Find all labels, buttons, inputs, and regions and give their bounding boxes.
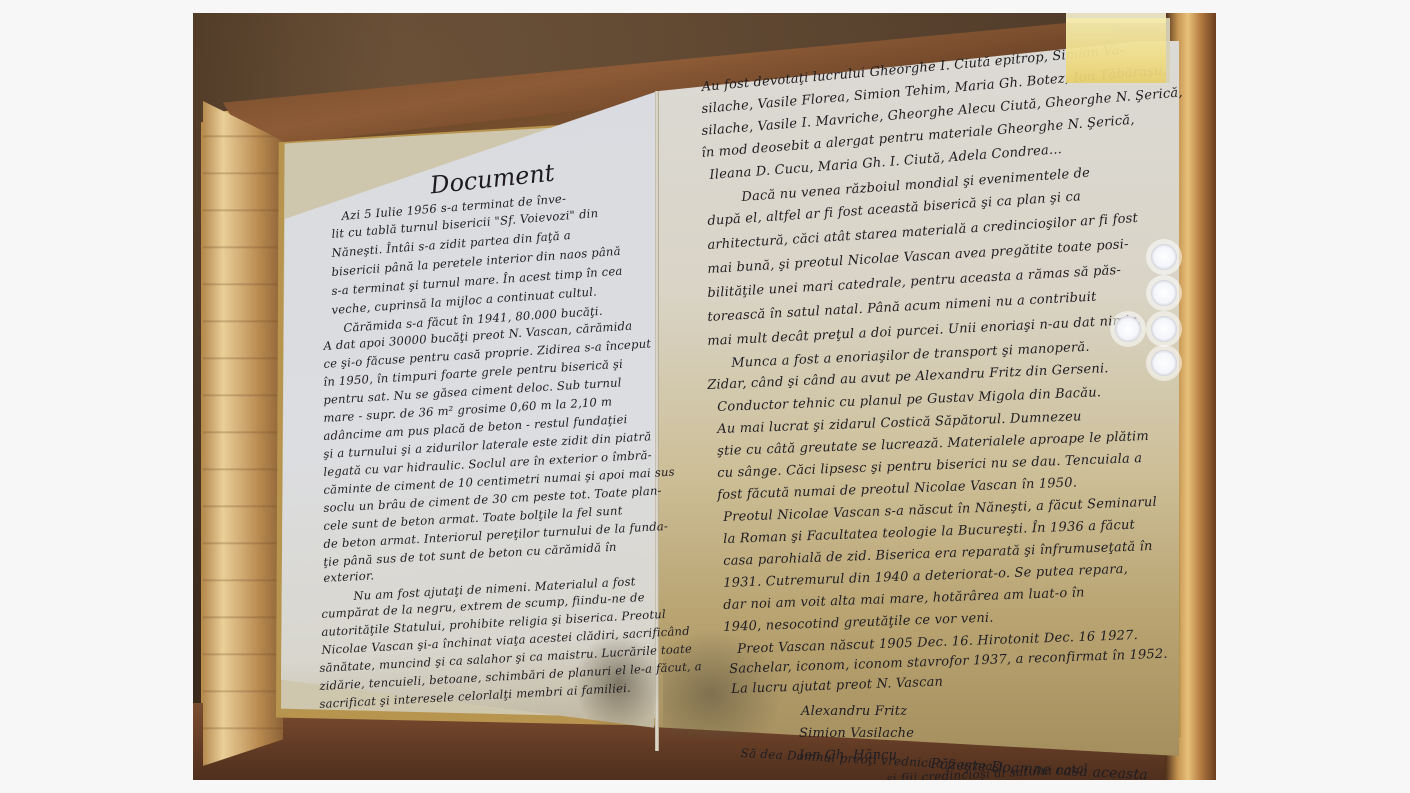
window-reflection [1111, 238, 1183, 373]
frame-left-rail [203, 101, 283, 766]
signature: Simion Vasilache [799, 726, 914, 741]
window-reflection-pane [1151, 244, 1177, 270]
signature: Alexandru Fritz [801, 704, 907, 719]
window-reflection-pane [1151, 316, 1177, 342]
framed-document-photo: Document Azi 5 Iulie 1956 s-a terminat d… [193, 13, 1216, 780]
window-reflection-pane [1115, 316, 1141, 342]
handwritten-line: exterior. [323, 568, 375, 585]
window-reflection-pane [1151, 280, 1177, 306]
window-reflection-pane [1151, 350, 1177, 376]
window-glare [1066, 18, 1170, 83]
